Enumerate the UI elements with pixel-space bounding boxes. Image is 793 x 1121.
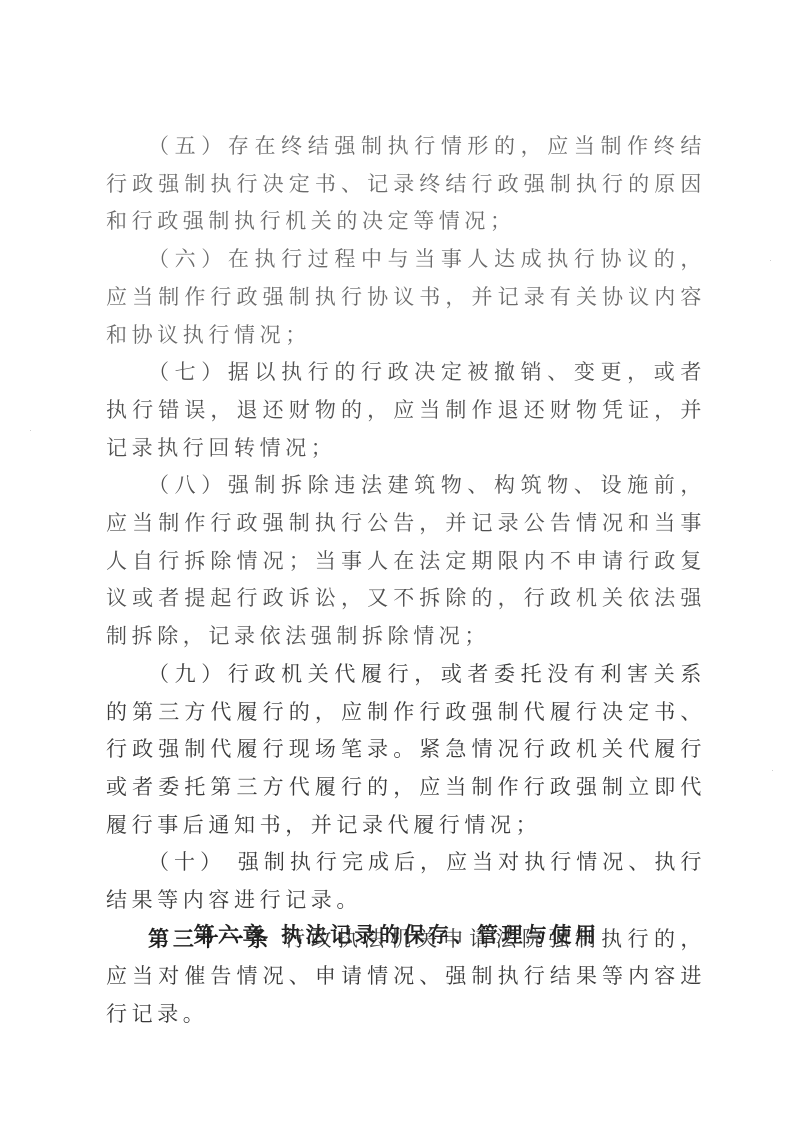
paragraph-item-8: （八）强制拆除违法建筑物、构筑物、设施前，应当制作行政强制执行公告，并记录公告情… — [106, 467, 706, 656]
paragraph-item-10: （十） 强制执行完成后，应当对执行情况、执行结果等内容进行记录。 — [106, 844, 706, 919]
chapter-number: 第六章 — [194, 922, 268, 947]
document-body: （五）存在终结强制执行情形的，应当制作终结行政强制执行决定书、记录终结行政强制执… — [106, 128, 706, 1034]
paragraph-item-5: （五）存在终结强制执行情形的，应当制作终结行政强制执行决定书、记录终结行政强制执… — [106, 128, 706, 241]
chapter-title-text: 执法记录的保存、管理与使用 — [281, 922, 600, 947]
scan-speck — [772, 770, 773, 771]
scan-speck — [770, 260, 771, 261]
paragraph-item-6: （六）在执行过程中与当事人达成执行协议的，应当制作行政强制执行协议书，并记录有关… — [106, 241, 706, 354]
paragraph-item-9: （九）行政机关代履行，或者委托没有利害关系的第三方代履行的，应制作行政强制代履行… — [106, 656, 706, 845]
paragraph-item-7: （七）据以执行的行政决定被撤销、变更，或者执行错误，退还财物的，应当制作退还财物… — [106, 354, 706, 467]
document-page: （五）存在终结强制执行情形的，应当制作终结行政强制执行决定书、记录终结行政强制执… — [0, 0, 793, 1121]
chapter-heading: 第六章执法记录的保存、管理与使用 — [0, 918, 793, 952]
scan-speck — [30, 430, 31, 431]
